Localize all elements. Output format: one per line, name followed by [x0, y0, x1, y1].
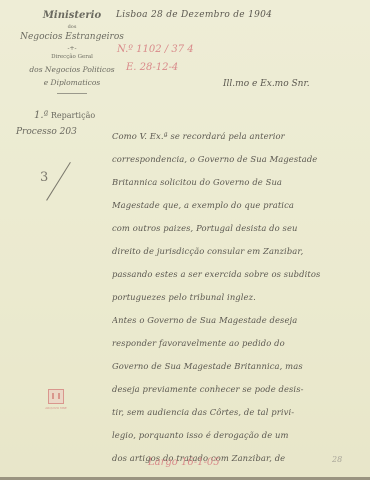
letterhead-negocios-politicos: dos Negocios Politicos [0, 65, 130, 74]
letterhead-ministry: Ministerio [0, 10, 130, 21]
letterhead-ornament-icon: -+- [0, 45, 130, 52]
salutation: Ill.mo e Ex.mo Snr. [223, 79, 310, 89]
body-line: com outros paizes, Portugal desista do s… [112, 217, 364, 240]
footer-red-note: Largo 16-1-05 [148, 457, 220, 468]
reparticao-label: Repartição [51, 111, 95, 120]
body-line: direito de jurisdicção consular em Zanzi… [112, 240, 364, 263]
letter-body: Como V. Ex.ª se recordará pela anterior … [112, 125, 364, 470]
letterhead-direcao-geral: Direcção Geral [0, 54, 130, 60]
reparticao-number: 1.ª [34, 110, 48, 121]
processo-number: Processo 203 [16, 127, 77, 137]
body-line: Como V. Ex.ª se recordará pela anterior [112, 125, 364, 148]
archive-stamp-icon [48, 389, 64, 404]
body-line: Governo de Sua Magestade Britannica, mas [112, 355, 364, 378]
letterhead-negocios-estrangeiros: Negocios Estrangeiros [0, 32, 130, 42]
archive-stamp: ARQUIVO MNE [42, 389, 70, 410]
body-line: passando estes a ser exercida sobre os s… [112, 263, 364, 286]
date-line: Lisboa 28 de Dezembro de 1904 [116, 10, 272, 20]
body-line: deseja previamente conhecer se pode desi… [112, 378, 364, 401]
body-line: legio, porquanto isso é derogação de um [112, 424, 364, 447]
document-page: Ministerio dos Negocios Estrangeiros -+-… [0, 0, 370, 480]
body-line: Antes o Governo de Sua Magestade deseja [112, 309, 364, 332]
letterhead-diplomaticos: e Diplomaticos [0, 78, 130, 87]
archive-stamp-label: ARQUIVO MNE [42, 406, 70, 410]
body-line: Magestade que, a exemplo do que pratica [112, 194, 364, 217]
reference-date: E. 28-12-4 [126, 62, 178, 73]
letterhead-divider [57, 93, 87, 94]
body-line: Britannica solicitou do Governo de Sua [112, 171, 364, 194]
letterhead-dos: dos [0, 24, 130, 30]
margin-mark: 3 [40, 170, 48, 185]
body-line: responder favoravelmente ao pedido do [112, 332, 364, 355]
body-line: tir, sem audiencia das Côrtes, de tal pr… [112, 401, 364, 424]
body-line: correspondencia, o Governo de Sua Magest… [112, 148, 364, 171]
page-number: 28 [332, 455, 342, 464]
reparticao: 1.ª Repartição [34, 110, 95, 121]
body-line: portuguezes pelo tribunal inglez. [112, 286, 364, 309]
letterhead: Ministerio dos Negocios Estrangeiros -+-… [0, 10, 130, 94]
margin-slash-icon [46, 162, 71, 201]
reference-number: N.º 1102 / 37 4 [117, 44, 194, 55]
